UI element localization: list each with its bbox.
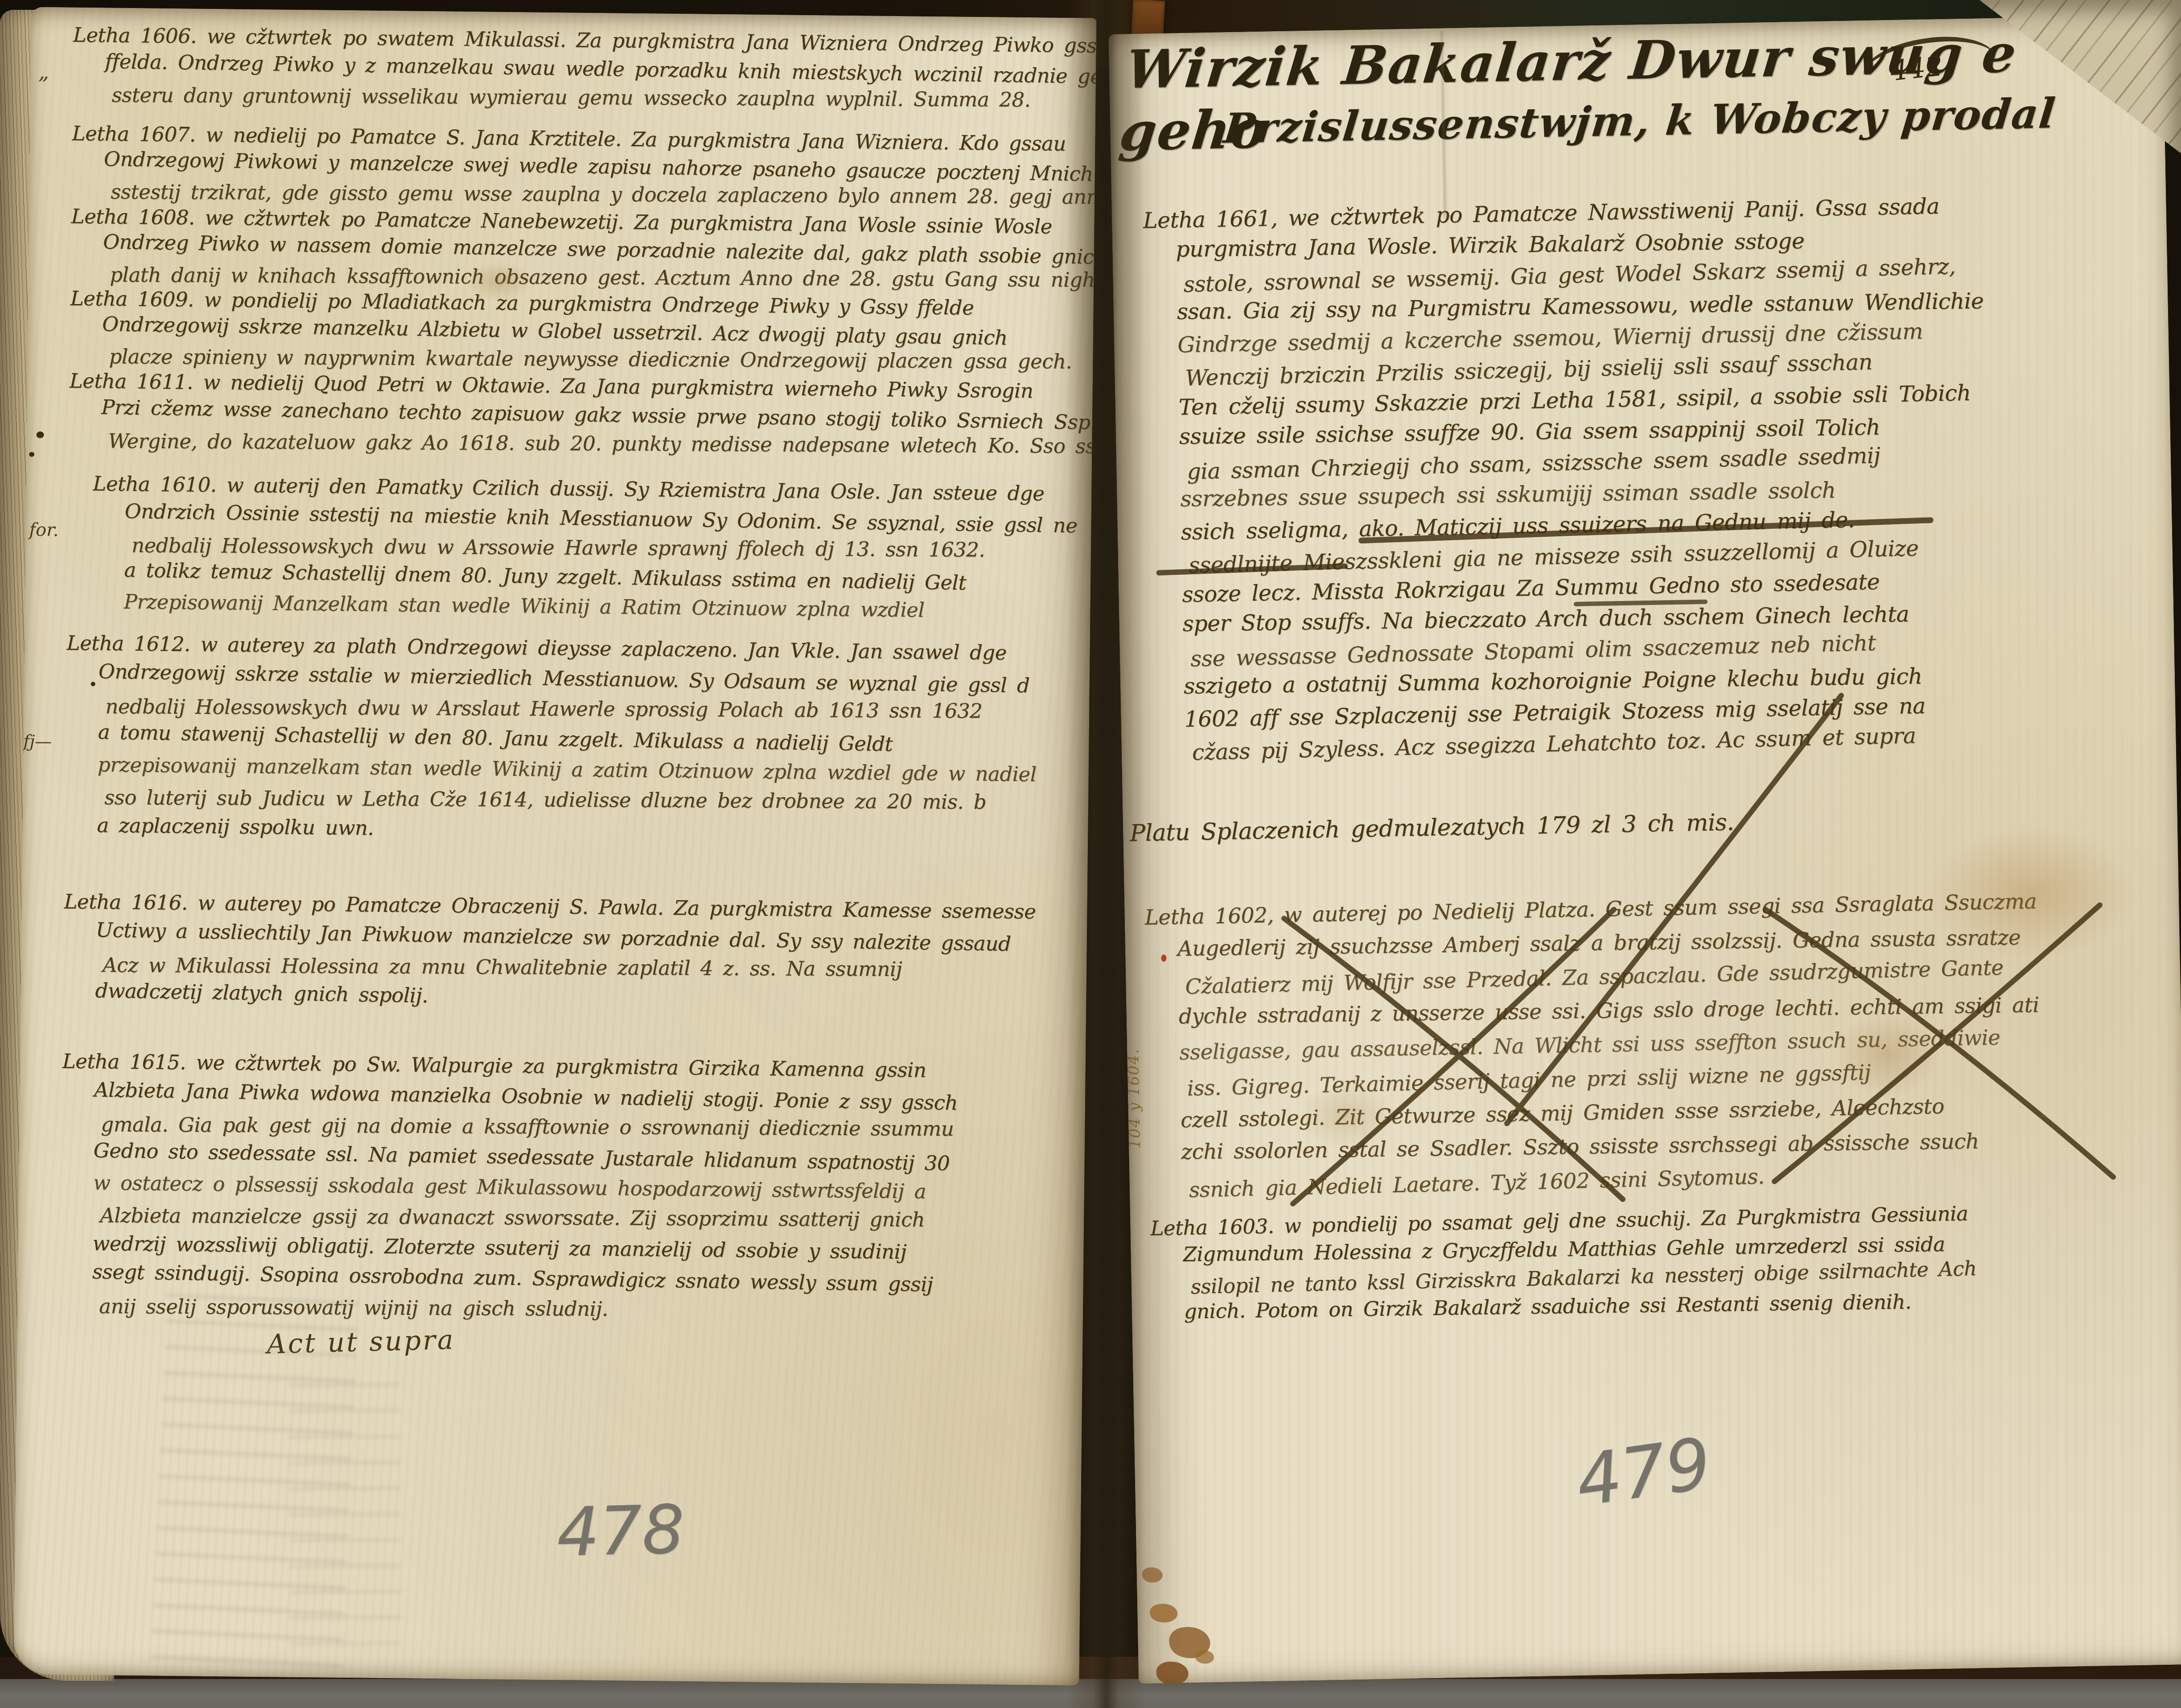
ink-spot (91, 682, 95, 686)
foxing-spot (1195, 1650, 1214, 1664)
foxing-spot (1142, 1567, 1163, 1583)
red-pigment-speck (1161, 955, 1166, 962)
paragraph-1606: Letha 1606. we cžtwrtek po swatem Mikula… (72, 21, 1096, 118)
bleedthrough-text (288, 1383, 402, 1669)
handwriting-line: sso luterij sub Judicu w Letha Cže 1614,… (104, 782, 1036, 818)
right-page: Wirzik Bakalarž Dwur swug e geho Przislu… (1108, 15, 2181, 1684)
stain (1926, 825, 2137, 963)
stain (465, 261, 532, 302)
paragraph-1608: Letha 1608. we cžtwrtek po Pamatcze Nane… (70, 203, 1096, 297)
paragraph-1661: Letha 1661, we cžtwrtek po Pamatcze Naws… (1143, 190, 1992, 767)
manuscript-scan: Letha 1606. we cžtwrtek po swatem Mikula… (0, 0, 2181, 1708)
handwriting-line: ssteru dany gruntownij wsselikau wymiera… (111, 81, 1096, 115)
paragraph-1609: Letha 1609. w pondielij po Mladiatkach z… (70, 285, 1073, 379)
foxing-spot (1156, 1661, 1189, 1683)
margin-mark: fj— (23, 731, 52, 751)
ink-spot (37, 432, 44, 438)
background-surface (0, 1679, 2181, 1708)
paragraph-1616: Letha 1616. w auterey po Pamatcze Obracz… (63, 886, 1036, 1018)
handwriting-line: Wergine, do kazateluow gakz Ao 1618. sub… (108, 427, 1096, 461)
paragraph-1607: Letha 1607. w nedielij po Pamatce S. Jan… (71, 120, 1096, 214)
margin-quote-mark: „ (38, 60, 49, 84)
left-page: Letha 1606. we cžtwrtek po swatem Mikula… (13, 7, 1096, 1686)
ink-spot (29, 452, 34, 457)
vertical-margin-note: 104 ÿ 1604. (1122, 934, 1144, 1149)
paragraph-1612: Letha 1612. w auterey za plath Ondrzegow… (65, 628, 1038, 851)
margin-note: for. (29, 520, 59, 541)
handwriting-line: Alzbieta manzielcze gssij za dwanaczt ss… (100, 1200, 956, 1235)
paragraph-1611: Letha 1611. w nedielij Quod Petri w Okta… (69, 367, 1096, 464)
pencil-page-number-right: 479 (1571, 1422, 1716, 1522)
paragraph-1610: Letha 1610. w auterij den Pamatky Czilic… (91, 469, 1078, 626)
paragraph-1603: Letha 1603. w pondielij po ssamat gelj d… (1150, 1199, 1977, 1329)
foxing-spot (1150, 1604, 1178, 1623)
pencil-page-number-left: 478 (556, 1491, 685, 1572)
payment-line: Platu Splaczenich gedmulezatych 179 zl 3… (1130, 809, 1734, 847)
paragraph-1615: Letha 1615. we cžtwrtek po Sw. Walpurgie… (60, 1046, 958, 1328)
ink-folio-number: 442. (1889, 49, 1954, 87)
